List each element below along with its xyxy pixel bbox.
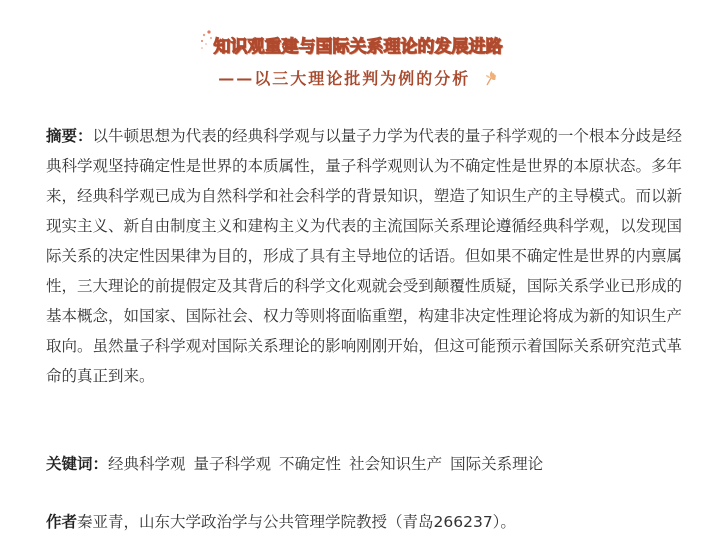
- keyword: 社会知识生产: [349, 455, 442, 473]
- dots-icon: [200, 30, 214, 52]
- keyword: 量子科学观: [194, 455, 272, 473]
- article-page: 知识观重建与国际关系理论的发展进路 ——以三大理论批判为例的分析 摘要：以牛顿思…: [0, 0, 716, 548]
- keyword: 不确定性: [279, 455, 341, 473]
- title-block: 知识观重建与国际关系理论的发展进路 ——以三大理论批判为例的分析: [0, 34, 716, 92]
- keywords-label: 关键词：: [46, 455, 108, 473]
- author-label: 作者: [46, 513, 77, 531]
- article-title: 知识观重建与国际关系理论的发展进路: [214, 34, 503, 60]
- leaf-icon: [484, 70, 498, 86]
- keywords-section: 关键词：经典科学观量子科学观不确定性社会知识生产国际关系理论: [46, 449, 686, 479]
- author-text: 秦亚青，山东大学政治学与公共管理学院教授（青岛266237）。: [77, 513, 516, 531]
- abstract-text: 以牛顿思想为代表的经典科学观与以量子力学为代表的量子科学观的一个根本分歧是经典科…: [46, 127, 682, 385]
- abstract-paragraph: 摘要：以牛顿思想为代表的经典科学观与以量子力学为代表的量子科学观的一个根本分歧是…: [46, 121, 682, 391]
- article-title-text: 知识观重建与国际关系理论的发展进路: [214, 37, 503, 57]
- abstract-section: 摘要：以牛顿思想为代表的经典科学观与以量子力学为代表的量子科学观的一个根本分歧是…: [46, 121, 682, 391]
- keyword: 国际关系理论: [450, 455, 543, 473]
- keyword: 经典科学观: [108, 455, 186, 473]
- author-section: 作者秦亚青，山东大学政治学与公共管理学院教授（青岛266237）。: [46, 507, 686, 537]
- abstract-label: 摘要：: [46, 127, 93, 145]
- article-subtitle: ——以三大理论批判为例的分析: [218, 66, 498, 92]
- article-subtitle-text: ——以三大理论批判为例的分析: [218, 69, 470, 88]
